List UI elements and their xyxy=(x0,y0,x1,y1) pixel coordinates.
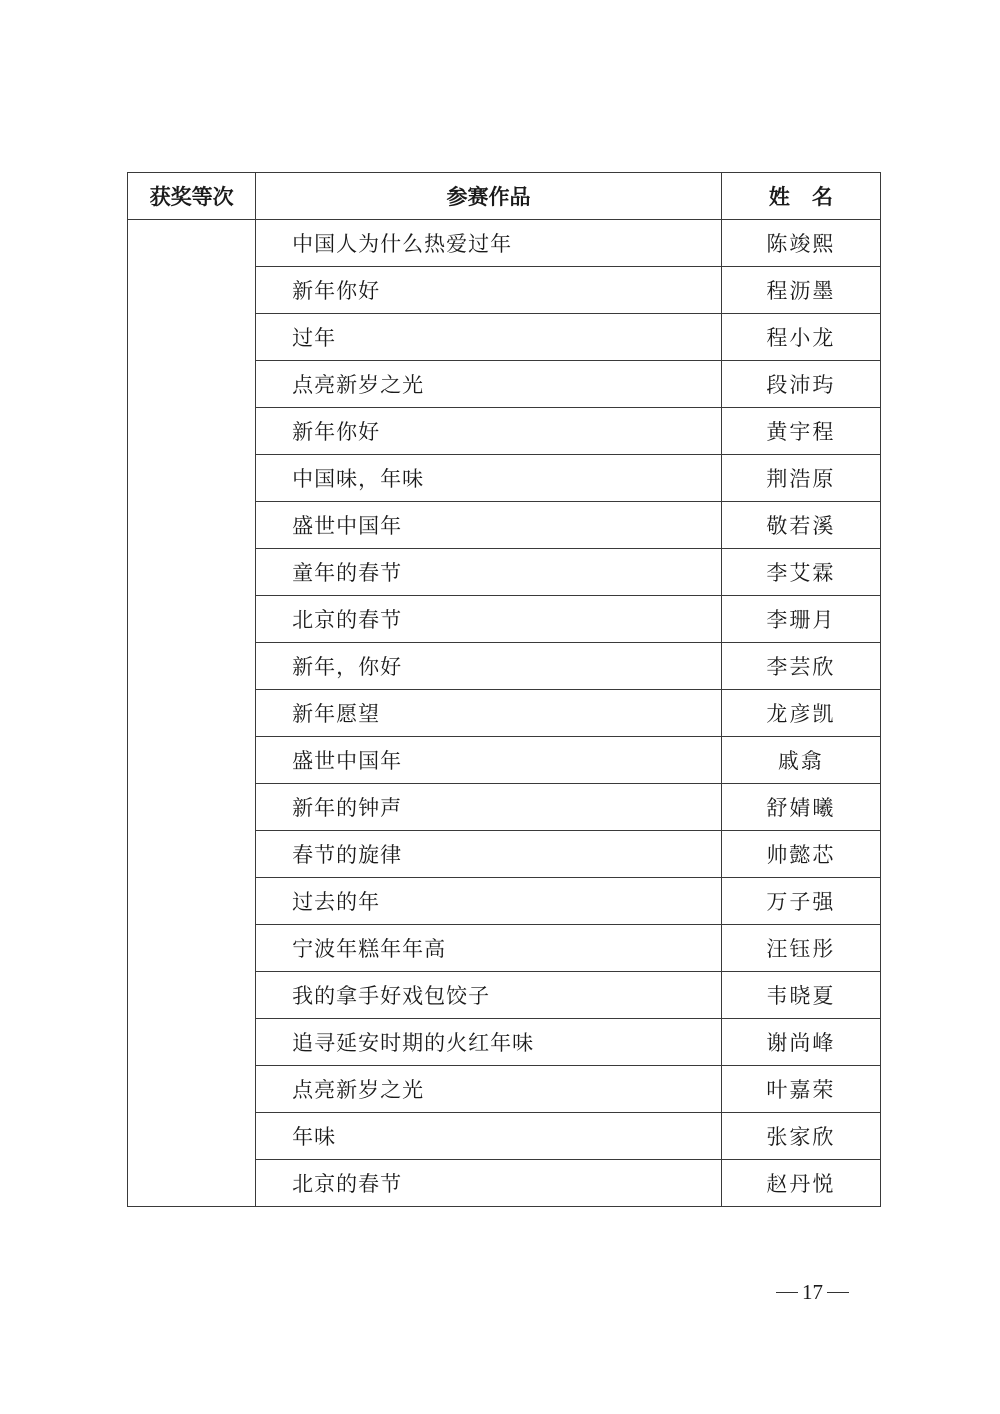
work-title: 春节的旋律 xyxy=(256,831,722,878)
participant-name: 戚翕 xyxy=(721,737,880,784)
work-title: 点亮新岁之光 xyxy=(256,1066,722,1113)
work-title: 新年的钟声 xyxy=(256,784,722,831)
work-title: 中国味，年味 xyxy=(256,455,722,502)
work-title: 北京的春节 xyxy=(256,1160,722,1207)
award-list-table: 获奖等次 参赛作品 姓名 中国人为什么热爱过年陈竣熙新年你好程沥墨过年程小龙点亮… xyxy=(127,172,881,1207)
dash-left xyxy=(776,1292,798,1294)
participant-name: 叶嘉荣 xyxy=(721,1066,880,1113)
participant-name: 敬若溪 xyxy=(721,502,880,549)
work-title: 过去的年 xyxy=(256,878,722,925)
work-title: 我的拿手好戏包饺子 xyxy=(256,972,722,1019)
work-title: 盛世中国年 xyxy=(256,737,722,784)
participant-name: 陈竣熙 xyxy=(721,220,880,267)
participant-name: 万子强 xyxy=(721,878,880,925)
header-name: 姓名 xyxy=(721,173,880,220)
work-title: 北京的春节 xyxy=(256,596,722,643)
work-title: 点亮新岁之光 xyxy=(256,361,722,408)
table-header-row: 获奖等次 参赛作品 姓名 xyxy=(128,173,881,220)
participant-name: 舒婧曦 xyxy=(721,784,880,831)
header-work: 参赛作品 xyxy=(256,173,722,220)
participant-name: 李芸欣 xyxy=(721,643,880,690)
work-title: 新年，你好 xyxy=(256,643,722,690)
work-title: 中国人为什么热爱过年 xyxy=(256,220,722,267)
work-title: 年味 xyxy=(256,1113,722,1160)
participant-name: 程小龙 xyxy=(721,314,880,361)
dash-right xyxy=(827,1292,849,1294)
participant-name: 张家欣 xyxy=(721,1113,880,1160)
work-title: 过年 xyxy=(256,314,722,361)
table-row: 中国人为什么热爱过年陈竣熙 xyxy=(128,220,881,267)
participant-name: 韦晓夏 xyxy=(721,972,880,1019)
work-title: 新年你好 xyxy=(256,408,722,455)
participant-name: 李珊月 xyxy=(721,596,880,643)
page-number: 17 xyxy=(776,1280,849,1305)
participant-name: 谢尚峰 xyxy=(721,1019,880,1066)
participant-name: 段沛玙 xyxy=(721,361,880,408)
participant-name: 汪钰彤 xyxy=(721,925,880,972)
work-title: 盛世中国年 xyxy=(256,502,722,549)
work-title: 新年愿望 xyxy=(256,690,722,737)
header-rank: 获奖等次 xyxy=(128,173,256,220)
rank-cell xyxy=(128,220,256,1207)
participant-name: 帅懿芯 xyxy=(721,831,880,878)
work-title: 新年你好 xyxy=(256,267,722,314)
participant-name: 荆浩原 xyxy=(721,455,880,502)
work-title: 宁波年糕年年高 xyxy=(256,925,722,972)
participant-name: 程沥墨 xyxy=(721,267,880,314)
work-title: 追寻延安时期的火红年味 xyxy=(256,1019,722,1066)
page-number-value: 17 xyxy=(802,1280,823,1305)
participant-name: 赵丹悦 xyxy=(721,1160,880,1207)
participant-name: 李艾霖 xyxy=(721,549,880,596)
work-title: 童年的春节 xyxy=(256,549,722,596)
participant-name: 黄宇程 xyxy=(721,408,880,455)
participant-name: 龙彦凯 xyxy=(721,690,880,737)
